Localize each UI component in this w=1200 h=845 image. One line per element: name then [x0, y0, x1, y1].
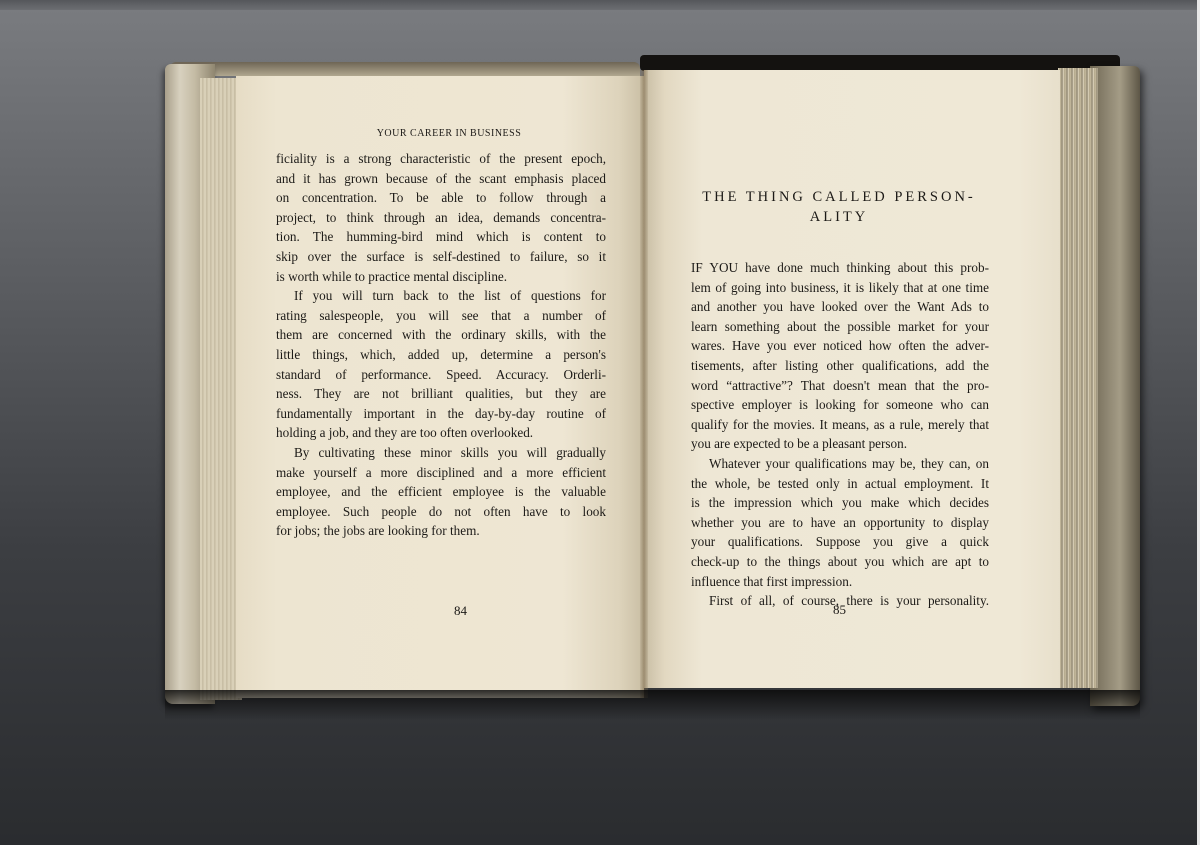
text-line: is worth while to practice mental discip… [276, 267, 606, 287]
book-gutter [640, 70, 648, 698]
cover-top-edge-left [170, 62, 640, 76]
text-line: and it has grown because of the scant em… [276, 169, 606, 189]
text-line: holding a job, and they are too often ov… [276, 423, 606, 443]
page-number: 84 [454, 603, 467, 619]
text-line: qualify for the movies. It means, as a r… [691, 415, 989, 435]
text-line: standard of performance. Speed. Accuracy… [276, 365, 606, 385]
text-line: rating salespeople, you will see that a … [276, 306, 606, 326]
scanner-background-top [0, 0, 1200, 10]
text-line: ficiality is a strong characteristic of … [276, 149, 606, 169]
text-line: project, to think through an idea, deman… [276, 208, 606, 228]
book-shadow [165, 690, 1140, 720]
page-number: 85 [833, 602, 846, 618]
running-head: YOUR CAREER IN BUSINESS [236, 128, 644, 139]
text-line: If you will turn back to the list of que… [276, 286, 606, 306]
chapter-title-line: THE THING CALLED PERSON- [684, 187, 994, 207]
cover-top-edge-right [640, 55, 1120, 71]
chapter-title-line: ALITY [684, 207, 994, 227]
text-line: ness. They are not brilliant qualities, … [276, 384, 606, 404]
text-line: is the impression which you make which d… [691, 493, 989, 513]
text-line: tion. The humming-bird mind which is con… [276, 227, 606, 247]
text-line: tisements, after listing other qualifica… [691, 356, 989, 376]
text-line: whether you are to have an opportunity t… [691, 513, 989, 533]
text-line: employee. Such people do not often have … [276, 502, 606, 522]
text-line: skip over the surface is self-destined t… [276, 247, 606, 267]
chapter-title: THE THING CALLED PERSON- ALITY [684, 187, 994, 227]
text-line: fundamentally important in the day-by-da… [276, 404, 606, 424]
text-line: them are concerned with the ordinary ski… [276, 325, 606, 345]
text-line: learn something about the possible marke… [691, 317, 989, 337]
text-line: By cultivating these minor skills you wi… [276, 443, 606, 463]
page-stack-right [1058, 68, 1098, 688]
text-line: and another you have looked over the Wan… [691, 297, 989, 317]
text-line: word “attractive”? That doesn't mean tha… [691, 376, 989, 396]
right-page-body: IF YOU have done much thinking about thi… [691, 258, 989, 611]
text-line: your qualifications. Suppose you give a … [691, 532, 989, 552]
text-line: wares. Have you ever noticed how often t… [691, 336, 989, 356]
left-page: YOUR CAREER IN BUSINESS ficiality is a s… [236, 76, 644, 698]
text-line: influence that first impression. [691, 572, 989, 592]
text-line: the whole, be tested only in actual empl… [691, 474, 989, 494]
text-line: Whatever your qualifications may be, the… [691, 454, 989, 474]
text-line: IF YOU have done much thinking about thi… [691, 258, 989, 278]
lead-in: IF YOU [691, 260, 738, 275]
text-line: check-up to the things about you which a… [691, 552, 989, 572]
text-line: make yourself a more disciplined and a m… [276, 463, 606, 483]
text-line: lem of going into business, it is likely… [691, 278, 989, 298]
text-line: for jobs; the jobs are looking for them. [276, 521, 606, 541]
text-line: employee, and the efficient employee is … [276, 482, 606, 502]
text-line: on concentration. To be able to follow t… [276, 188, 606, 208]
text-line: you are expected to be a pleasant person… [691, 434, 989, 454]
text-line: little things, which, added up, determin… [276, 345, 606, 365]
text-line: spective employer is looking for someone… [691, 395, 989, 415]
left-page-body: ficiality is a strong characteristic of … [276, 149, 606, 541]
right-page: THE THING CALLED PERSON- ALITY IF YOU ha… [644, 70, 1060, 688]
